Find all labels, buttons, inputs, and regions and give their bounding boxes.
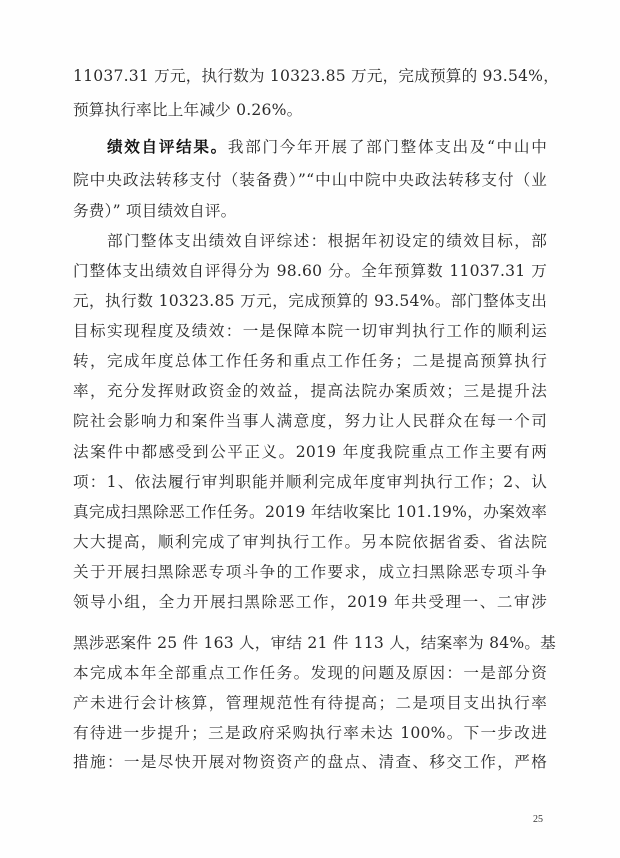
text-line: 大大提高，顺利完成了审判执行工作。另本院依据省委、省法院 — [73, 527, 547, 557]
text-line: 法案件中都感受到公平正义。2019 年度我院重点工作主要有两 — [73, 437, 547, 467]
text-line: 真完成扫黑除恶工作任务。2019 年结收案比 101.19%，办案效率 — [73, 497, 547, 527]
text-line: 产未进行会计核算，管理规范性有待提高；二是项目支出执行率 — [73, 688, 547, 718]
section-heading-line: 绩效自评结果。我部门今年开展了部门整体支出及“中山中 — [107, 132, 547, 162]
text-line: 院社会影响力和案件当事人满意度，努力让人民群众在每一个司 — [73, 406, 547, 436]
text-line: 率，充分发挥财政资金的效益，提高法院办案质效；三是提升法 — [73, 376, 547, 406]
text-line: 务费）” 项目绩效自评。 — [73, 196, 547, 226]
text-line: 转，完成年度总体工作任务和重点工作任务；二是提高预算执行 — [73, 346, 547, 376]
document-page: 11037.31 万元，执行数为 10323.85 万元，完成预算的 93.54… — [0, 0, 620, 858]
text-line: 黑涉恶案件 25 件 163 人，审结 21 件 113 人，结案率为 84%。… — [73, 628, 547, 658]
text-line: 预算执行率比上年减少 0.26%。 — [73, 95, 547, 125]
heading-continuation: 我部门今年开展了部门整体支出及“中山中 — [228, 138, 547, 156]
text-line: 有待进一步提升；三是政府采购执行率未达 100%。下一步改进 — [73, 718, 547, 748]
text-line: 措施：一是尽快开展对物资资产的盘点、清查、移交工作，严格 — [73, 747, 547, 777]
text-line: 关于开展扫黑除恶专项斗争的工作要求，成立扫黑除恶专项斗争 — [73, 557, 547, 587]
text-line: 本完成本年全部重点工作任务。发现的问题及原因：一是部分资 — [73, 658, 547, 688]
text-line: 项：1、依法履行审判职能并顺利完成年度审判执行工作；2、认 — [73, 467, 547, 497]
page-number: 25 — [533, 814, 543, 825]
text-line: 门整体支出绩效自评得分为 98.60 分。全年预算数 11037.31 万 — [73, 256, 547, 286]
text-line: 部门整体支出绩效自评综述：根据年初设定的绩效目标，部 — [107, 226, 547, 256]
section-heading: 绩效自评结果。 — [107, 138, 228, 156]
text-line: 院中央政法转移支付（装备费）”“中山中院中央政法转移支付（业 — [73, 165, 547, 195]
text-line: 元，执行数 10323.85 万元，完成预算的 93.54%。部门整体支出 — [73, 286, 547, 316]
text-line: 目标实现程度及绩效：一是保障本院一切审判执行工作的顺利运 — [73, 316, 547, 346]
text-line: 11037.31 万元，执行数为 10323.85 万元，完成预算的 93.54… — [73, 61, 547, 91]
text-line: 领导小组，全力开展扫黑除恶工作，2019 年共受理一、二审涉 — [73, 587, 547, 617]
